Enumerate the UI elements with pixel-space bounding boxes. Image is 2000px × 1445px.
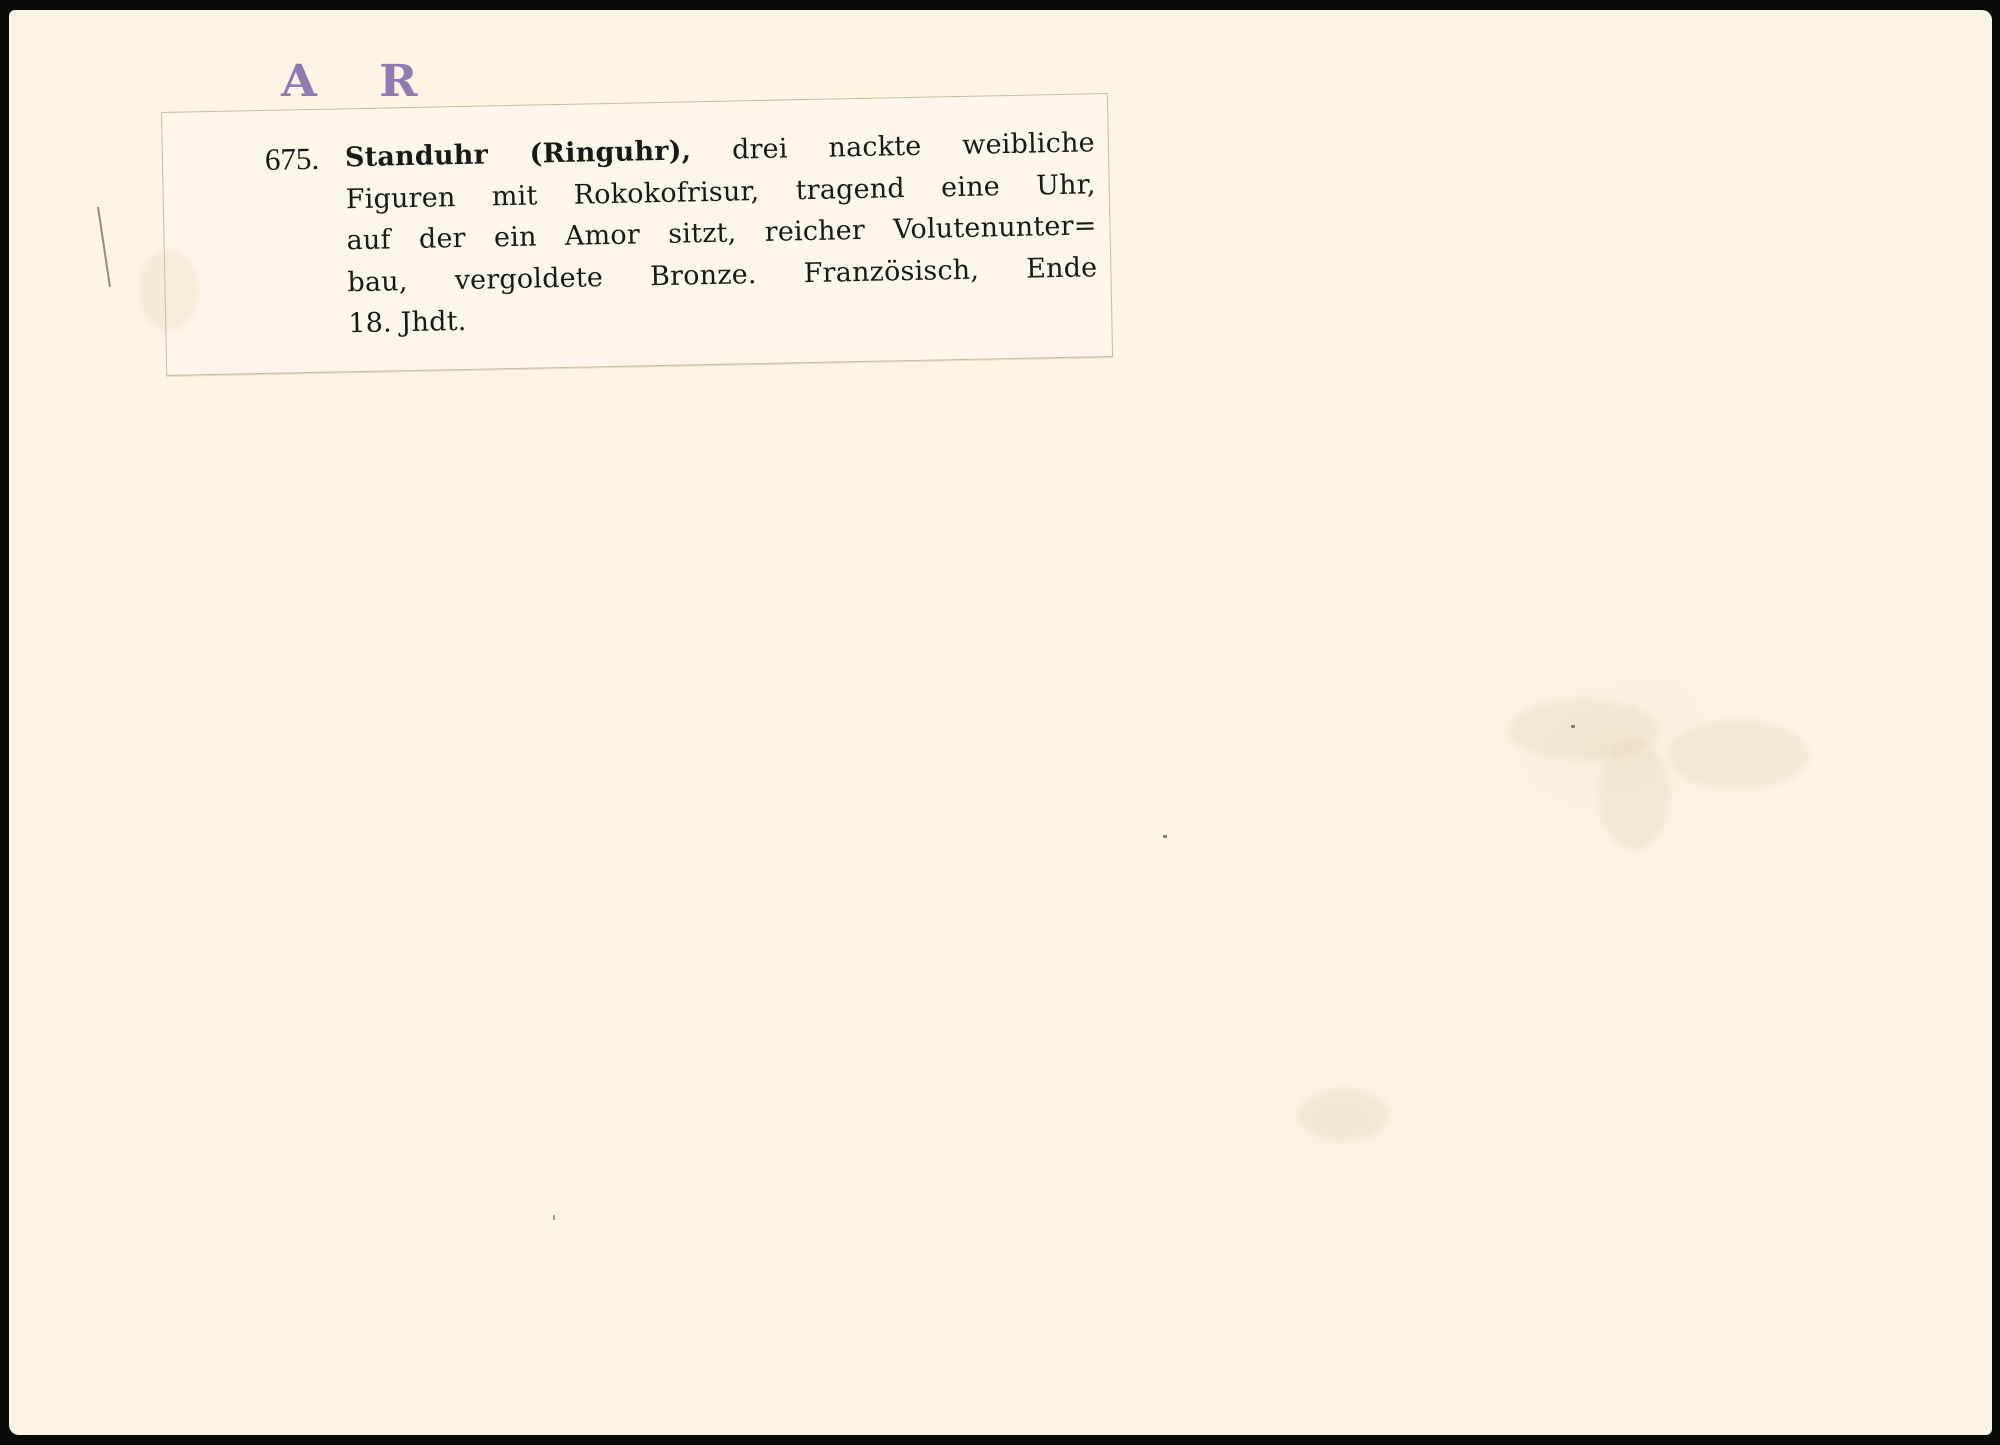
catalogue-label: 675. Standuhr (Ringuhr), drei nackte wei… <box>161 93 1113 376</box>
glue-stain <box>1669 720 1809 790</box>
collection-stamp: A R <box>281 56 441 107</box>
glue-stain <box>1299 1090 1389 1140</box>
glue-stain <box>139 250 199 330</box>
entry-title: Standuhr (Ringuhr), <box>345 135 692 173</box>
paper-speck <box>553 1215 555 1220</box>
description-line-1-text: drei nackte weibliche <box>732 127 1095 165</box>
paper-speck <box>1163 835 1167 838</box>
photo-mount-card: A R 675. Standuhr (Ringuhr), drei nackte… <box>9 10 1992 1435</box>
pencil-mark <box>97 207 111 287</box>
entry-description: Standuhr (Ringuhr), drei nackte weiblich… <box>345 122 1099 345</box>
glue-stain <box>1599 740 1669 850</box>
paper-speck <box>1571 725 1575 728</box>
entry-number: 675. <box>265 138 320 181</box>
label-text-block: 675. Standuhr (Ringuhr), drei nackte wei… <box>265 122 1095 139</box>
